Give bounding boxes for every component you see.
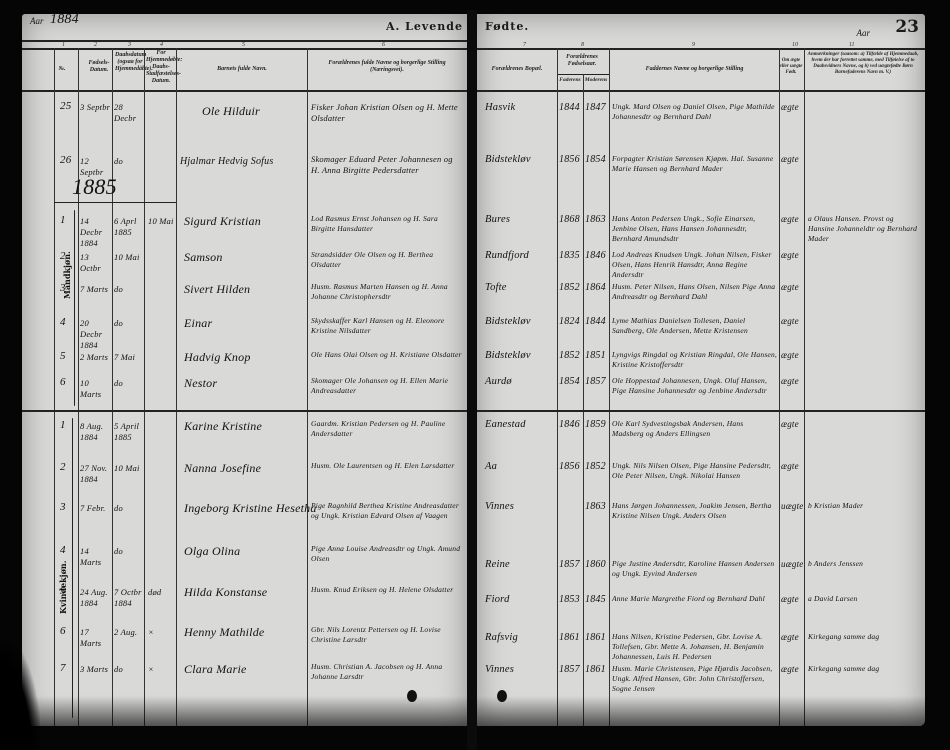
colnum-10: 10 [792,42,798,48]
row-confirm: 10 Mai [148,216,176,227]
header-godparents: Faddernes Navne og borgerlige Stilling [612,66,777,73]
father-birthyear: 1861 [559,632,580,643]
page-number: 23 [895,17,919,37]
row-baptism: 10 Mai [114,463,144,474]
parents-names: Pige Ragnhild Berthea Kristine Andreasda… [311,501,463,521]
row-no: 1 [60,214,66,226]
header-residence: Forældrenes Bopæl. [481,66,553,73]
child-name: Sigurd Kristian [184,214,261,229]
residence: Reine [485,559,510,570]
legitimacy: ægte [781,632,799,642]
legitimacy: uægte [781,501,804,511]
row-birth: 27 Nov. 1884 [80,463,112,485]
father-birthyear: 1857 [559,664,580,675]
row-baptism: do [114,156,144,167]
remark: a David Larsen [808,594,920,604]
residence: Bidstekløv [485,154,531,165]
parents-names: Fisker Johan Kristian Olsen og H. Mette … [311,102,461,124]
mother-birthyear: 1852 [585,461,606,472]
child-name: Henny Mathilde [184,625,264,640]
father-birthyear: 1856 [559,154,580,165]
child-name: Sivert Hilden [184,282,250,297]
row-baptism: 6 Aprl 1885 [114,216,144,238]
row-baptism: 5 April 1885 [114,421,144,443]
mother-birthyear: 1860 [585,559,606,570]
brace-male [74,210,75,406]
mother-birthyear: 1851 [585,350,606,361]
mother-birthyear: 1859 [585,419,606,430]
residence: Vinnes [485,664,514,675]
father-birthyear: 1844 [559,102,580,113]
father-birthyear: 1824 [559,316,580,327]
legitimacy: ægte [781,376,799,386]
godparents: Husm. Marie Christensen, Pige Hjørdis Ja… [612,664,777,694]
parents-names: Ole Hans Olai Olsen og H. Kristiane Olsd… [311,350,463,360]
row-no: 6 [60,625,66,637]
child-name: Olga Olina [184,544,240,559]
mother-birthyear: 1847 [585,102,606,113]
row-no: 2 [60,250,66,262]
header-legitimate: Om ægte eller uægte Født. [779,58,803,76]
row-no: 5 [60,585,66,597]
row-confirm: død [148,587,176,598]
row-birth: 7 Marts [80,284,112,295]
godparents: Forpagter Kristian Sørensen Kjøpm. Hal. … [612,154,777,174]
year-divider: 1885 [72,174,117,200]
mother-birthyear: 1861 [585,632,606,643]
mother-birthyear: 1854 [585,154,606,165]
row-confirm: × [148,664,176,675]
row-baptism: 2 Aug. [114,627,144,638]
father-birthyear: 1835 [559,250,580,261]
godparents: Ole Hoppestad Johannesen, Ungk. Oluf Han… [612,376,777,396]
row-no: 1 [60,419,66,431]
mother-birthyear: 1864 [585,282,606,293]
child-name: Hilda Konstanse [184,585,267,600]
remark: b Kristian Mader [808,501,920,511]
row-birth: 10 Marts [80,378,112,400]
parents-names: Gaardm. Kristian Pedersen og H. Pauline … [311,419,463,439]
mother-birthyear: 1844 [585,316,606,327]
residence: Bidstekløv [485,316,531,327]
colnum-7: 7 [523,42,526,48]
legitimacy: ægte [781,419,799,429]
row-no: 7 [60,662,66,674]
row-baptism: do [114,546,144,557]
child-name: Hadvig Knop [184,350,251,365]
residence: Rundfjord [485,250,529,261]
row-baptism: 7 Mai [114,352,144,363]
residence: Aa [485,461,497,472]
row-baptism: do [114,664,144,675]
row-confirm: × [148,627,176,638]
remark: Kirkegang samme dag [808,632,920,642]
godparents: Lyme Mathias Danielsen Tollesen, Daniel … [612,316,777,336]
mother-birthyear: 1863 [585,501,606,512]
residence: Bures [485,214,510,225]
legitimacy: ægte [781,214,799,224]
residence: Rafsvig [485,632,518,643]
legitimacy: ægte [781,316,799,326]
child-name: Nestor [184,376,217,391]
brace-female [72,418,73,718]
father-birthyear: 1854 [559,376,580,387]
header-father: Faderens [557,77,583,84]
row-birth: 2 Marts [80,352,112,363]
godparents: Lyngvigs Ringdal og Kristian Ringdal, Ol… [612,350,777,370]
row-birth: 3 Septbr [80,102,112,113]
legitimacy: uægte [781,559,804,569]
row-birth: 8 Aug. 1884 [80,421,112,443]
child-name: Clara Marie [184,662,247,677]
residence: Eanestad [485,419,526,430]
row-no: 4 [60,316,66,328]
child-name: Einar [184,316,212,331]
godparents: Husm. Peter Nilsen, Hans Olsen, Nilsen P… [612,282,777,302]
residence: Vinnes [485,501,514,512]
parents-names: Gbr. Nils Lorentz Pettersen og H. Lovise… [311,625,463,645]
header-birth-date: Fødsels-Datum. [84,60,114,74]
legitimacy: ægte [781,102,799,112]
remark: a Olaus Hansen. Provst og Hansine Johann… [808,214,920,244]
parents-names: Husm. Christian A. Jacobsen og H. Anna J… [311,662,463,682]
row-baptism: 7 Octbr 1884 [114,587,144,609]
godparents: Ungk. Mard Olsen og Daniel Olsen, Pige M… [612,102,777,122]
header-remarks: Anmærkninger (saasom: a) Tilfælde af Hje… [807,52,919,76]
right-page: Fødte. Aar 23 7 8 9 10 11 Forældrenes Bo… [477,14,925,726]
colnum-9: 9 [692,42,695,48]
legitimacy: ægte [781,154,799,164]
mother-birthyear: 1846 [585,250,606,261]
father-birthyear: 1857 [559,559,580,570]
row-no: 6 [60,376,66,388]
row-no: 5 [60,350,66,362]
colnum-8: 8 [581,42,584,48]
section-title-left: A. Levende [386,20,463,33]
row-birth: 24 Aug. 1884 [80,587,112,609]
row-baptism: do [114,318,144,329]
child-name: Ingeborg Kristine Hesetha [184,501,317,516]
child-name: Ole Hilduir [202,104,260,119]
row-no: 26 [60,154,71,166]
header-parents-birthyear: Forældrenes Fødselsaar. [557,54,607,68]
remark: b Anders Jenssen [808,559,920,569]
section-title-right: Fødte. [485,20,529,33]
year-label: Aar [30,16,44,26]
mother-birthyear: 1861 [585,664,606,675]
godparents: Ungk. Nils Nilsen Olsen, Pige Hansine Pe… [612,461,777,481]
parents-names: Husm. Knud Eriksen og H. Helene Olsdatte… [311,585,463,595]
row-birth: 3 Marts [80,664,112,675]
book-gutter [467,10,477,750]
row-no: 4 [60,544,66,556]
godparents: Hans Nilsen, Kristine Pedersen, Gbr. Lov… [612,632,777,662]
header-no: №. [42,66,82,73]
father-birthyear: 1856 [559,461,580,472]
godparents: Anne Marie Margrethe Fiord og Bernhard D… [612,594,777,604]
colnum-11: 11 [849,42,855,48]
left-page: Aar 1884 A. Levende 1 2 3 4 5 6 №. Fødse… [22,14,467,726]
father-birthyear: 1868 [559,214,580,225]
child-name: Nanna Josefine [184,461,261,476]
header-baptism-date: Daabsdatum (ogsaa for Hjemmedåbte). [115,52,145,73]
father-birthyear: 1852 [559,282,580,293]
row-birth: 17 Marts [80,627,112,649]
father-birthyear: 1852 [559,350,580,361]
residence: Aurdø [485,376,512,387]
header-parents: Forældrenes fulde Navne og borgerlige St… [312,60,462,74]
parents-names: Skydsskaffer Karl Hansen og H. Eleonore … [311,316,463,336]
row-baptism: 10 Mai [114,252,144,263]
parents-names: Strandsidder Ole Olsen og H. Berthea Ols… [311,250,463,270]
year-label-right: Aar [857,28,871,38]
legitimacy: ægte [781,250,799,260]
parents-names: Husm. Ole Laurentsen og H. Elen Larsdatt… [311,461,463,471]
row-birth: 14 Marts [80,546,112,568]
child-name: Hjalmar Hedvig Sofus [180,156,273,167]
child-name: Samson [184,250,223,265]
legitimacy: ægte [781,350,799,360]
remark: Kirkegang samme dag [808,664,920,674]
header-child-name: Barnets fulde Navn. [182,66,302,73]
row-baptism: 28 Decbr [114,102,144,124]
legitimacy: ægte [781,664,799,674]
godparents: Pige Justine Andersdtr, Karoline Hansen … [612,559,777,579]
godparents: Ole Karl Sydvestingsbak Andersen, Hans M… [612,419,777,439]
parents-names: Husm. Rasmus Marten Hansen og H. Anna Jo… [311,282,463,302]
row-baptism: do [114,284,144,295]
father-birthyear: 1853 [559,594,580,605]
legitimacy: ægte [781,594,799,604]
godparents: Hans Anton Pedersen Ungk., Sofie Einarse… [612,214,777,244]
year-value: 1884 [50,14,79,28]
row-birth: 20 Decbr 1884 [80,318,112,351]
parents-names: Lod Rasmus Ernst Johansen og H. Sara Bir… [311,214,463,234]
legitimacy: ægte [781,282,799,292]
header-mother: Moderens [583,77,609,84]
mother-birthyear: 1863 [585,214,606,225]
parents-names: Skomager Eduard Peter Johannesen og H. A… [311,154,461,176]
residence: Bidstekløv [485,350,531,361]
parents-names: Skomager Ole Johansen og H. Ellen Marie … [311,376,463,396]
mother-birthyear: 1845 [585,594,606,605]
row-baptism: do [114,503,144,514]
residence: Tofte [485,282,507,293]
godparents: Hans Jørgen Johannessen, Joakim Jensen, … [612,501,777,521]
row-birth: 13 Octbr [80,252,112,274]
child-name: Karine Kristine [184,419,262,434]
header-home-baptism: For Hjemmedøbte: Daabs-Stadfæstelses-Dat… [146,50,176,85]
residence: Hasvik [485,102,515,113]
mother-birthyear: 1857 [585,376,606,387]
parents-names: Pige Anna Louise Andreasdtr og Ungk. Amu… [311,544,463,564]
row-no: 25 [60,100,71,112]
residence: Fiord [485,594,510,605]
row-no: 3 [60,282,66,294]
row-no: 3 [60,501,66,513]
row-no: 2 [60,461,66,473]
row-baptism: do [114,378,144,389]
row-birth: 14 Decbr 1884 [80,216,112,249]
row-birth: 7 Febr. [80,503,112,514]
godparents: Lod Andreas Knudsen Ungk. Johan Nilsen, … [612,250,777,280]
legitimacy: ægte [781,461,799,471]
father-birthyear: 1846 [559,419,580,430]
